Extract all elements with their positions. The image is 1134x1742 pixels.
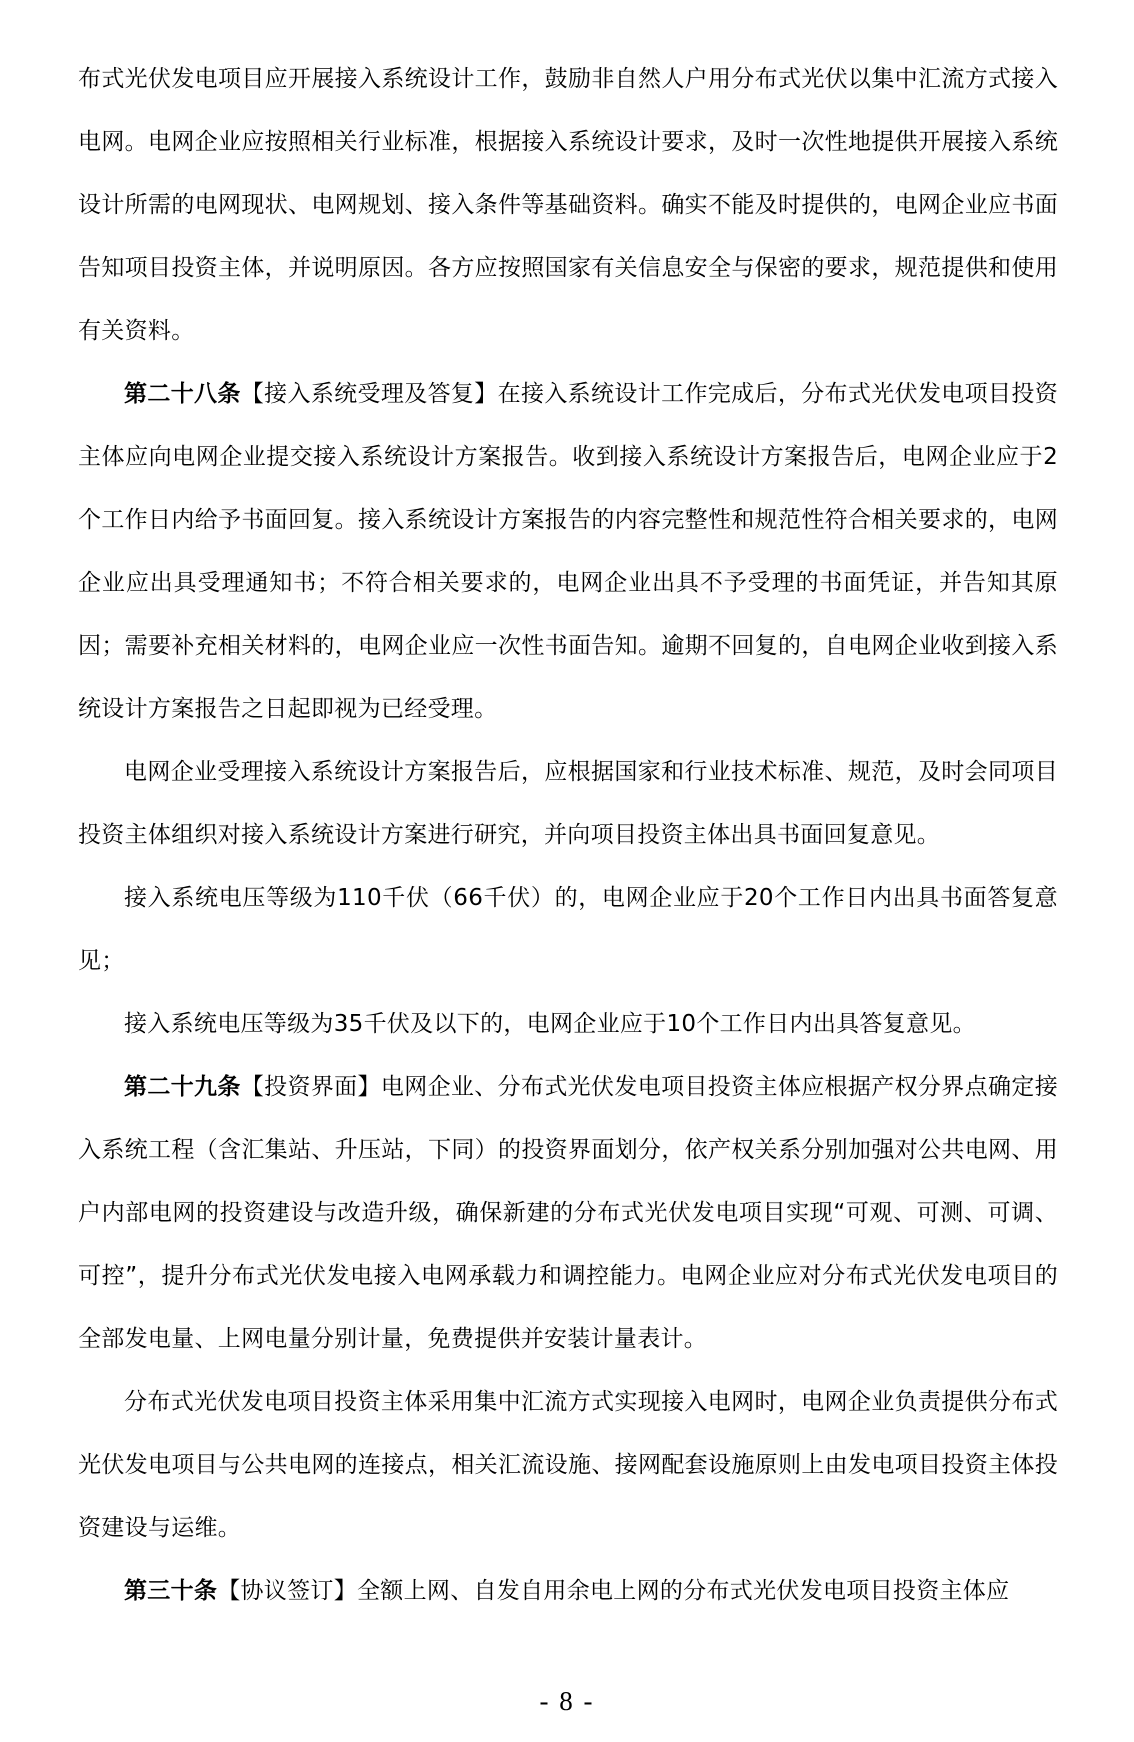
article-number: 第二十九条 xyxy=(124,1074,241,1100)
para-35kv-reply: 接入系统电压等级为35千伏及以下的，电网企业应于10个工作日内出具答复意见。 xyxy=(78,993,1058,1056)
paragraph-text: 接入系统电压等级为110千伏（66千伏）的，电网企业应于20个工作日内出具书面答… xyxy=(78,885,1058,974)
para-review-jointly: 电网企业受理接入系统设计方案报告后，应根据国家和行业技术标准、规范，及时会同项目… xyxy=(78,741,1058,867)
article-28: 第二十八条【接入系统受理及答复】在接入系统设计工作完成后，分布式光伏发电项目投资… xyxy=(78,363,1058,741)
page-footer: - 8 - xyxy=(0,1686,1134,1717)
paragraph-text: 电网企业受理接入系统设计方案报告后，应根据国家和行业技术标准、规范，及时会同项目… xyxy=(78,759,1058,848)
document-page: 布式光伏发电项目应开展接入系统设计工作，鼓励非自然人户用分布式光伏以集中汇流方式… xyxy=(0,0,1134,1742)
paragraph-text: 布式光伏发电项目应开展接入系统设计工作，鼓励非自然人户用分布式光伏以集中汇流方式… xyxy=(78,66,1058,344)
paragraph-text: 【接入系统受理及答复】在接入系统设计工作完成后，分布式光伏发电项目投资主体应向电… xyxy=(78,381,1058,722)
paragraph-text: 分布式光伏发电项目投资主体采用集中汇流方式实现接入电网时，电网企业负责提供分布式… xyxy=(78,1389,1058,1541)
document-body: 布式光伏发电项目应开展接入系统设计工作，鼓励非自然人户用分布式光伏以集中汇流方式… xyxy=(78,48,1058,1623)
para-continued-from-previous-page: 布式光伏发电项目应开展接入系统设计工作，鼓励非自然人户用分布式光伏以集中汇流方式… xyxy=(78,48,1058,363)
paragraph-text: 【协议签订】全额上网、自发自用余电上网的分布式光伏发电项目投资主体应 xyxy=(217,1578,1009,1604)
article-number: 第二十八条 xyxy=(124,381,241,407)
para-110kv-reply: 接入系统电压等级为110千伏（66千伏）的，电网企业应于20个工作日内出具书面答… xyxy=(78,867,1058,993)
article-29: 第二十九条【投资界面】电网企业、分布式光伏发电项目投资主体应根据产权分界点确定接… xyxy=(78,1056,1058,1371)
article-number: 第三十条 xyxy=(124,1578,217,1604)
article-30: 第三十条【协议签订】全额上网、自发自用余电上网的分布式光伏发电项目投资主体应 xyxy=(78,1560,1058,1623)
paragraph-text: 【投资界面】电网企业、分布式光伏发电项目投资主体应根据产权分界点确定接入系统工程… xyxy=(78,1074,1058,1352)
para-centralized-convergence: 分布式光伏发电项目投资主体采用集中汇流方式实现接入电网时，电网企业负责提供分布式… xyxy=(78,1371,1058,1560)
page-number: - 8 - xyxy=(540,1686,595,1716)
paragraph-text: 接入系统电压等级为35千伏及以下的，电网企业应于10个工作日内出具答复意见。 xyxy=(124,1011,976,1037)
